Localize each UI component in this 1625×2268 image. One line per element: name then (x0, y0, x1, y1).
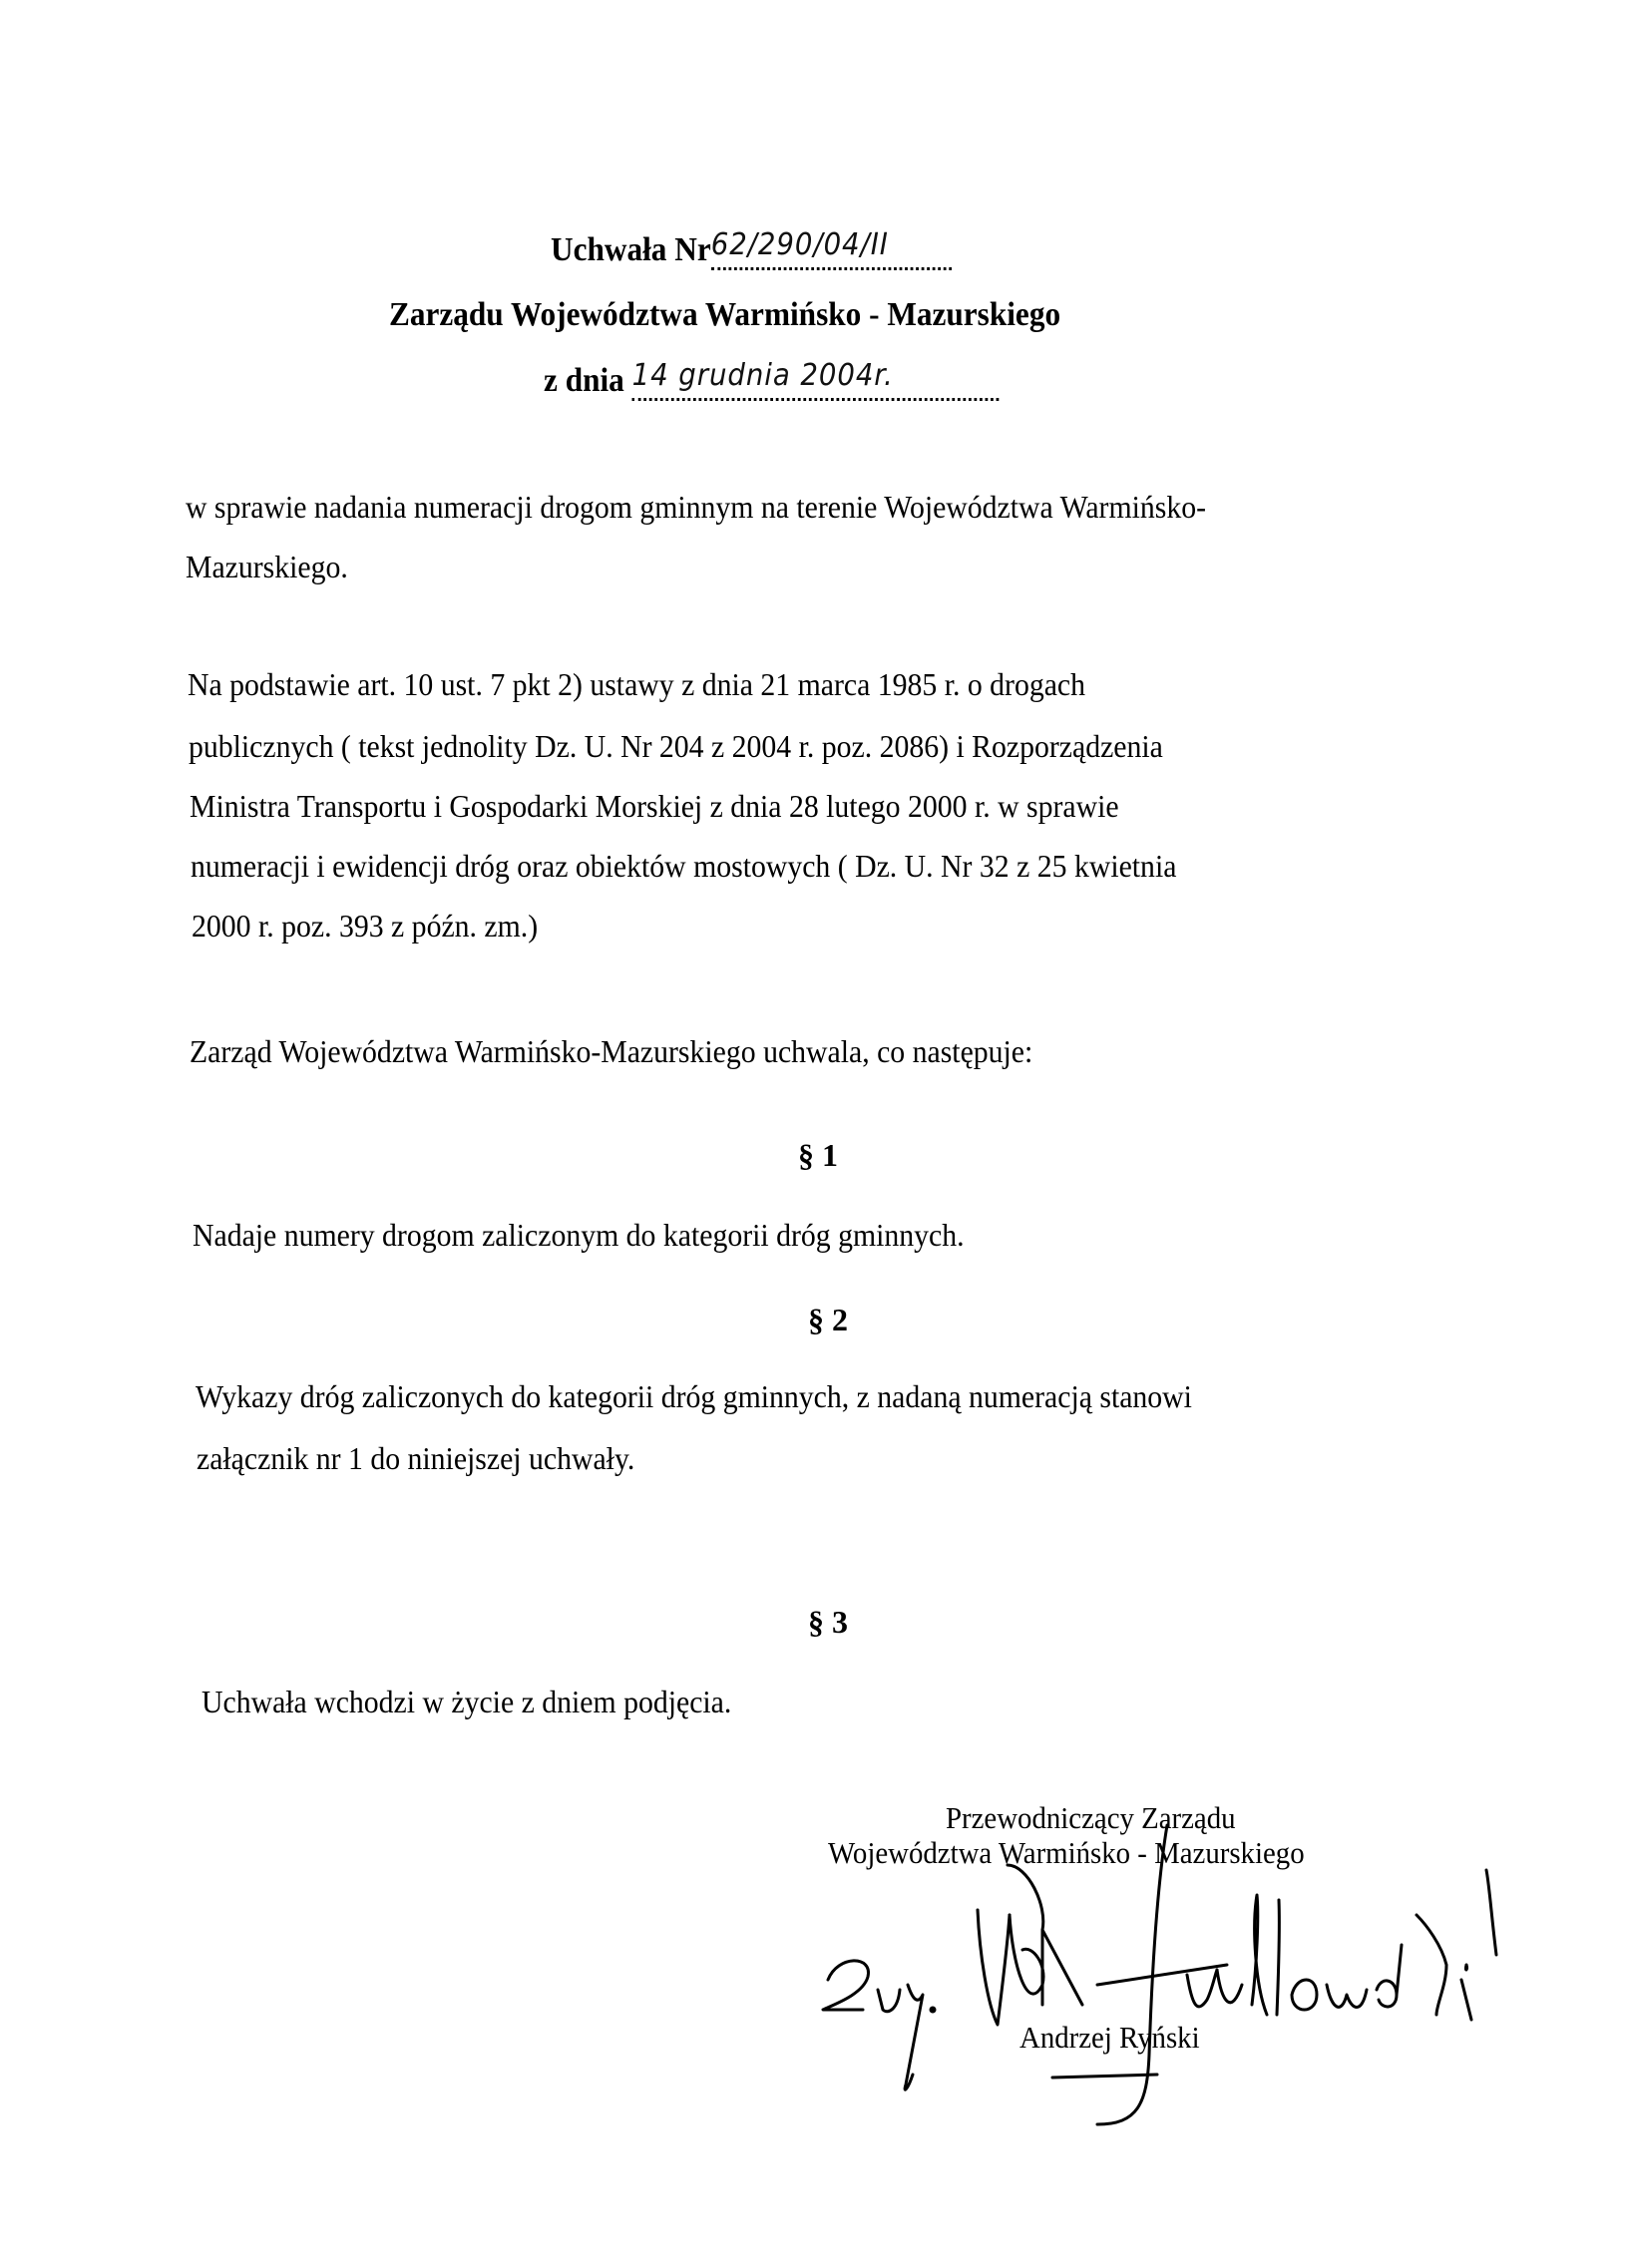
resolves-clause: Zarząd Województwa Warmińsko-Mazurskiego… (190, 1033, 1032, 1070)
section-2-text-line-2: załącznik nr 1 do niniejszej uchwały. (197, 1440, 634, 1477)
document-page: Uchwała Nr62/290/04/II Zarządu Województ… (0, 0, 1625, 2268)
resolution-title: Uchwała Nr62/290/04/II (551, 231, 952, 270)
resolution-number-handwritten: 62/290/04/II (711, 227, 889, 262)
handwritten-signature (798, 1805, 1596, 2134)
resolution-issuer: Zarządu Województwa Warmińsko - Mazurski… (389, 296, 1060, 334)
legal-basis-line-5: 2000 r. poz. 393 z późn. zm.) (192, 908, 538, 945)
resolution-number-field: 62/290/04/II (711, 233, 952, 270)
date-prefix: z dnia (544, 362, 624, 399)
legal-basis-line-3: Ministra Transportu i Gospodarki Morskie… (190, 788, 1119, 825)
section-1-mark: § 1 (798, 1137, 838, 1174)
legal-basis-line-2: publicznych ( tekst jednolity Dz. U. Nr … (189, 728, 1163, 765)
section-1-text: Nadaje numery drogom zaliczonym do kateg… (193, 1217, 965, 1254)
section-3-text: Uchwała wchodzi w życie z dniem podjęcia… (202, 1684, 731, 1720)
date-handwritten: 14 grudnia 2004r. (632, 358, 894, 393)
section-2-text-line-1: Wykazy dróg zaliczonych do kategorii dró… (196, 1378, 1192, 1415)
resolution-title-prefix: Uchwała Nr (551, 231, 711, 268)
legal-basis-line-4: numeracji i ewidencji dróg oraz obiektów… (191, 848, 1176, 885)
subject-line-1: w sprawie nadania numeracji drogom gminn… (186, 489, 1206, 526)
date-field: 14 grudnia 2004r. (632, 364, 1000, 401)
section-2-mark: § 2 (808, 1302, 848, 1338)
legal-basis-line-1: Na podstawie art. 10 ust. 7 pkt 2) ustaw… (188, 666, 1085, 703)
section-3-mark: § 3 (808, 1604, 848, 1641)
resolution-date: z dnia 14 grudnia 2004r. (544, 362, 1000, 401)
subject-line-2: Mazurskiego. (186, 549, 348, 585)
